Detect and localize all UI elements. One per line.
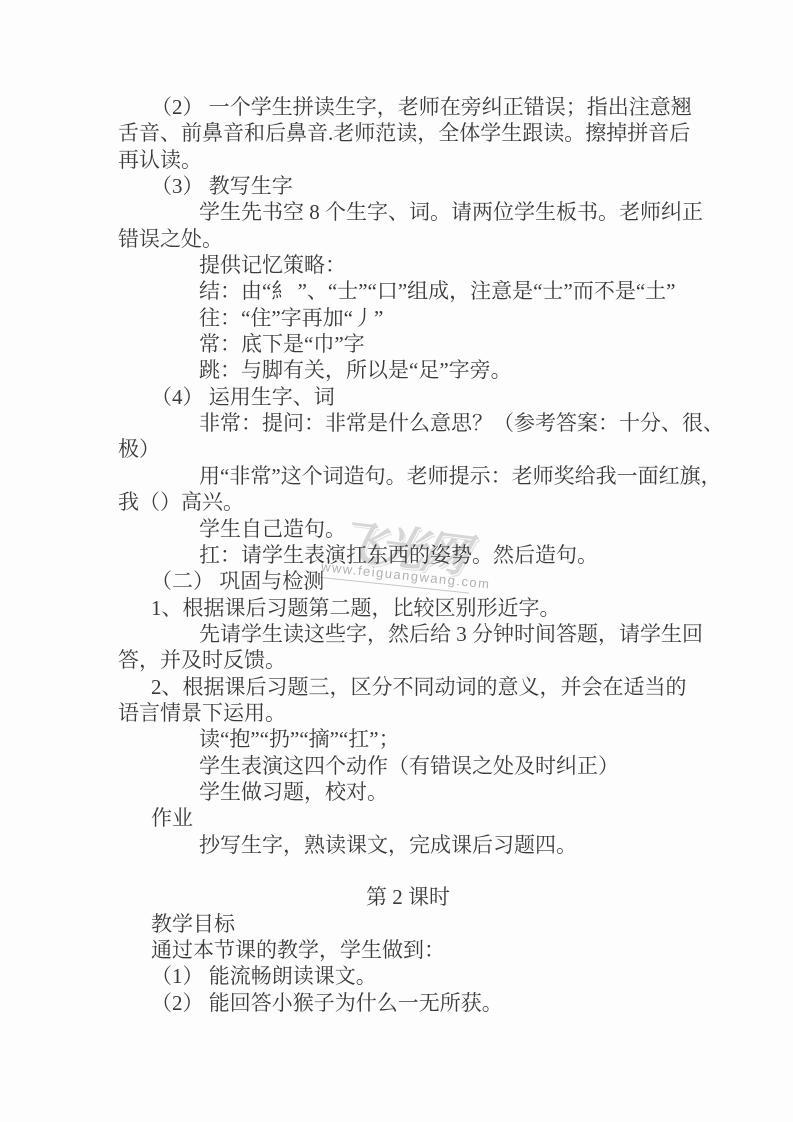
text-line: 学生自己造句。 xyxy=(118,516,698,542)
text-line: 2、根据课后习题三，区分不同动词的意义，并会在适当的 xyxy=(118,674,698,700)
text-line: 错误之处。 xyxy=(118,226,698,252)
text-line: 用“非常”这个词造句。老师提示：老师奖给我一面红旗， xyxy=(118,463,698,489)
text-line: （二） 巩固与检测 xyxy=(118,568,698,594)
text-line: 答，并及时反馈。 xyxy=(118,647,698,673)
blank-line xyxy=(118,858,698,884)
text-line: 扛：请学生表演扛东西的姿势。然后造句。 xyxy=(118,542,698,568)
text-line: 教学目标 xyxy=(118,911,698,937)
document-page: 飞光网 www.feiguangwang.com （2） 一个学生拼读生字，老师… xyxy=(0,0,793,1122)
text-line: 学生先书空 8 个生字、词。请两位学生板书。老师纠正 xyxy=(118,199,698,225)
text-line: 舌音、前鼻音和后鼻音.老师范读，全体学生跟读。擦掉拼音后 xyxy=(118,120,698,146)
text-line: 抄写生字，熟读课文，完成课后习题四。 xyxy=(118,832,698,858)
text-line: 第 2 课时 xyxy=(118,884,698,910)
text-line: （2） 能回答小猴子为什么一无所获。 xyxy=(118,990,698,1016)
text-line: 读“抱”“扔”“摘”“扛”； xyxy=(118,726,698,752)
text-line: 先请学生读这些字，然后给 3 分钟时间答题，请学生回 xyxy=(118,621,698,647)
text-line: 往：“住”字再加“丿” xyxy=(118,305,698,331)
text-line: 非常：提问：非常是什么意思？（参考答案：十分、很、 xyxy=(118,410,698,436)
text-line: 我（）高兴。 xyxy=(118,489,698,515)
text-line: 极） xyxy=(118,436,698,462)
text-line: 学生做习题，校对。 xyxy=(118,779,698,805)
text-line: （4） 运用生字、词 xyxy=(118,384,698,410)
text-line: 跳：与脚有关，所以是“足”字旁。 xyxy=(118,357,698,383)
text-line: 提供记忆策略： xyxy=(118,252,698,278)
text-line: 作业 xyxy=(118,805,698,831)
text-line: 结：由“糹 ”、“士”“口”组成，注意是“士”而不是“土” xyxy=(118,278,698,304)
text-line: 通过本节课的教学，学生做到： xyxy=(118,937,698,963)
text-line: （2） 一个学生拼读生字，老师在旁纠正错误；指出注意翘 xyxy=(118,94,698,120)
text-line: （1） 能流畅朗读课文。 xyxy=(118,963,698,989)
text-line: 学生表演这四个动作（有错误之处及时纠正） xyxy=(118,753,698,779)
text-line: 语言情景下运用。 xyxy=(118,700,698,726)
text-line: 1、根据课后习题第二题，比较区别形近字。 xyxy=(118,595,698,621)
document-body: （2） 一个学生拼读生字，老师在旁纠正错误；指出注意翘舌音、前鼻音和后鼻音.老师… xyxy=(118,94,698,1016)
text-line: （3） 教写生字 xyxy=(118,173,698,199)
text-line: 常：底下是“巾”字 xyxy=(118,331,698,357)
text-line: 再认读。 xyxy=(118,147,698,173)
